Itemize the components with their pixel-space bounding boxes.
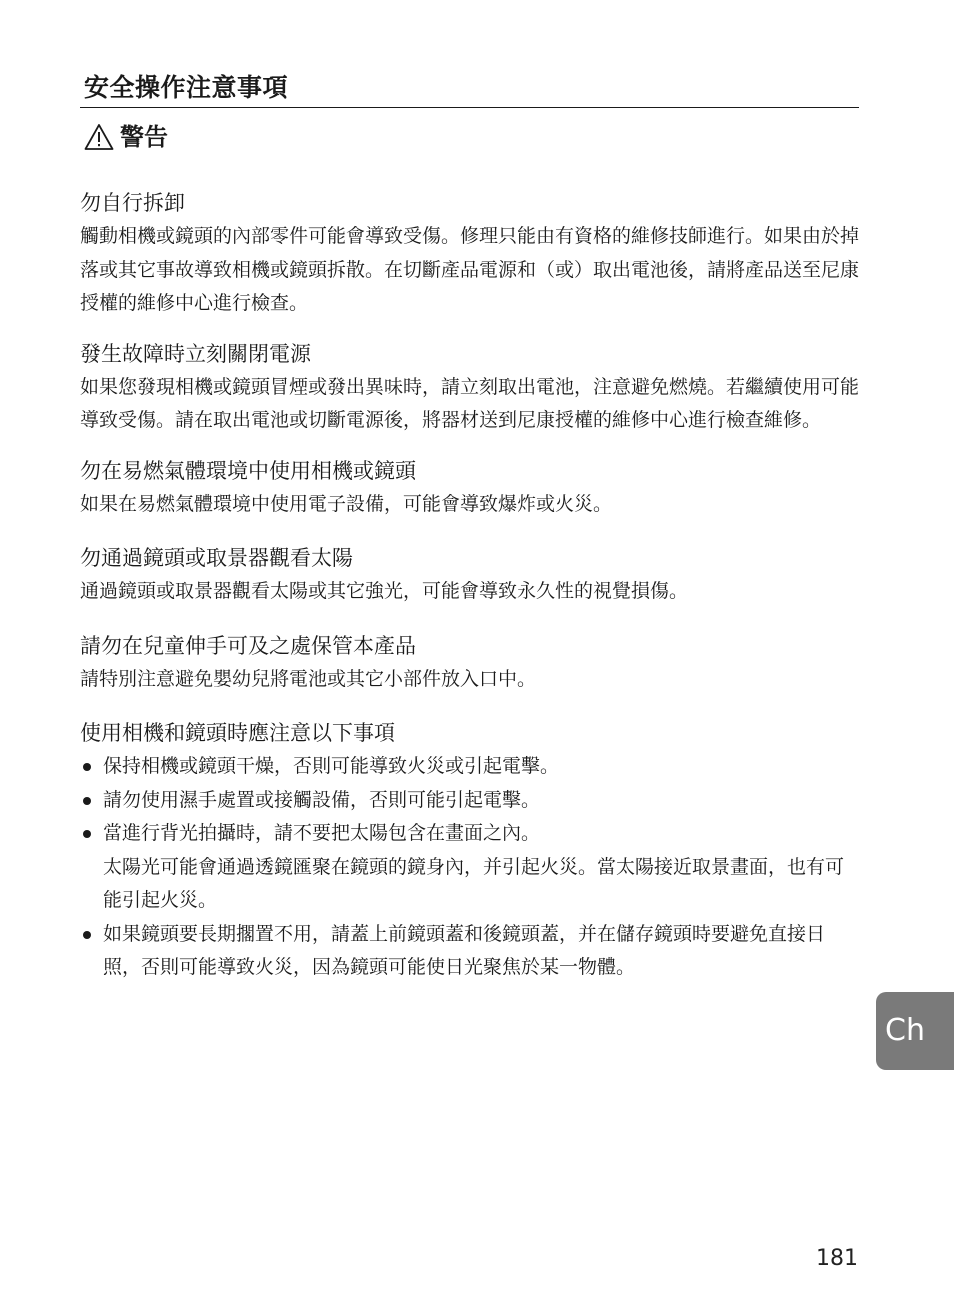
section-title: 勿通過鏡頭或取景器觀看太陽	[80, 541, 860, 575]
section-title: 發生故障時立刻關閉電源	[80, 337, 860, 371]
section-title: 使用相機和鏡頭時應注意以下事項	[80, 716, 860, 750]
section-flammable-gas: 勿在易燃氣體環境中使用相機或鏡頭 如果在易燃氣體環境中使用電子設備，可能會導致爆…	[80, 454, 860, 522]
section-body: 如果在易燃氣體環境中使用電子設備，可能會導致爆炸或火災。	[80, 488, 860, 522]
list-item-text: 當進行背光拍攝時，請不要把太陽包含在畫面之內。	[103, 817, 860, 851]
list-item: 當進行背光拍攝時，請不要把太陽包含在畫面之內。 太陽光可能會通過透鏡匯聚在鏡頭的…	[80, 817, 860, 918]
bullet-icon	[83, 797, 91, 805]
list-item-text: 保持相機或鏡頭干燥，否則可能導致火災或引起電擊。	[103, 755, 559, 777]
page-number: 181	[816, 1244, 858, 1274]
list-item-text-continued: 太陽光可能會通過透鏡匯聚在鏡頭的鏡身內，并引起火災。當太陽接近取景畫面，也有可能…	[103, 851, 860, 918]
page-title: 安全操作注意事項	[84, 70, 288, 106]
warning-label: 警告	[120, 120, 168, 154]
list-item-text: 請勿使用濕手處置或接觸設備，否則可能引起電擊。	[103, 789, 540, 811]
list-item: 如果鏡頭要長期擱置不用，請蓋上前鏡頭蓋和後鏡頭蓋，并在儲存鏡頭時要避免直接日照，…	[80, 918, 860, 985]
section-usage-precautions: 使用相機和鏡頭時應注意以下事項 保持相機或鏡頭干燥，否則可能導致火災或引起電擊。…	[80, 716, 860, 985]
section-body: 通過鏡頭或取景器觀看太陽或其它強光，可能會導致永久性的視覺損傷。	[80, 575, 860, 609]
section-body: 如果您發現相機或鏡頭冒煙或發出異味時，請立刻取出電池，注意避免燃燒。若繼續使用可…	[80, 371, 860, 438]
bullet-icon	[83, 763, 91, 771]
list-item: 請勿使用濕手處置或接觸設備，否則可能引起電擊。	[80, 784, 860, 818]
section-title: 請勿在兒童伸手可及之處保管本產品	[80, 629, 860, 663]
section-body: 請特別注意避免嬰幼兒將電池或其它小部件放入口中。	[80, 663, 860, 697]
title-divider	[80, 107, 859, 108]
warning-triangle-icon	[84, 123, 114, 151]
list-item: 保持相機或鏡頭干燥，否則可能導致火災或引起電擊。	[80, 750, 860, 784]
section-no-disassembly: 勿自行拆卸 觸動相機或鏡頭的內部零件可能會導致受傷。修理只能由有資格的維修技師進…	[80, 186, 860, 321]
section-sun-viewing: 勿通過鏡頭或取景器觀看太陽 通過鏡頭或取景器觀看太陽或其它強光，可能會導致永久性…	[80, 541, 860, 609]
section-title: 勿在易燃氣體環境中使用相機或鏡頭	[80, 454, 860, 488]
language-tab-chinese: Ch	[876, 992, 954, 1070]
warning-heading: 警告	[84, 120, 168, 154]
bullet-icon	[83, 830, 91, 838]
precaution-list: 保持相機或鏡頭干燥，否則可能導致火災或引起電擊。 請勿使用濕手處置或接觸設備，否…	[80, 750, 860, 985]
safety-content: 勿自行拆卸 觸動相機或鏡頭的內部零件可能會導致受傷。修理只能由有資格的維修技師進…	[80, 186, 860, 985]
section-body: 觸動相機或鏡頭的內部零件可能會導致受傷。修理只能由有資格的維修技師進行。如果由於…	[80, 220, 860, 321]
section-title: 勿自行拆卸	[80, 186, 860, 220]
section-power-off-malfunction: 發生故障時立刻關閉電源 如果您發現相機或鏡頭冒煙或發出異味時，請立刻取出電池，注…	[80, 337, 860, 438]
section-children: 請勿在兒童伸手可及之處保管本產品 請特別注意避免嬰幼兒將電池或其它小部件放入口中…	[80, 629, 860, 697]
bullet-icon	[83, 931, 91, 939]
list-item-text: 如果鏡頭要長期擱置不用，請蓋上前鏡頭蓋和後鏡頭蓋，并在儲存鏡頭時要避免直接日照，…	[103, 923, 825, 979]
